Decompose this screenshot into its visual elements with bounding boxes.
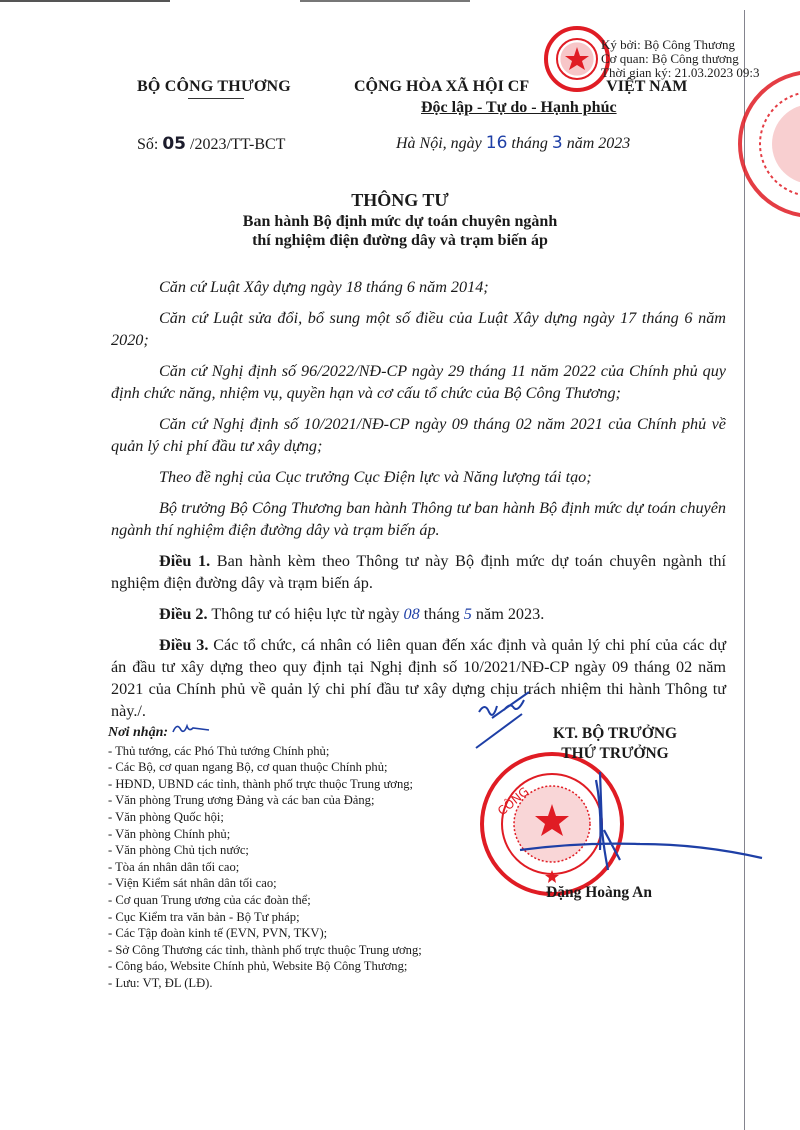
subtitle-line-2: thí nghiệm điện đường dây và trạm biến á… xyxy=(0,231,800,250)
signing-agency: Cơ quan: Bộ Công thương xyxy=(601,52,760,66)
signed-by: Ký bởi: Bộ Công Thương xyxy=(601,38,760,52)
doc-number-handwritten: 05 xyxy=(162,134,186,154)
article-2-text-mid: tháng xyxy=(420,605,464,623)
recipient-item: - Văn phòng Chính phủ; xyxy=(108,826,422,843)
recipients-heading-label: Nơi nhận: xyxy=(108,725,168,740)
recipient-item: - Văn phòng Chủ tịch nước; xyxy=(108,842,422,859)
article-1: Điều 1. Ban hành kèm theo Thông tư này B… xyxy=(111,550,726,594)
recipients-heading: Nơi nhận: xyxy=(108,722,422,742)
issuing-organization: BỘ CÔNG THƯƠNG xyxy=(137,78,291,96)
organization-underline xyxy=(188,98,244,99)
document-body: Căn cứ Luật Xây dựng ngày 18 tháng 6 năm… xyxy=(111,276,726,731)
initials-mark-icon xyxy=(171,722,211,736)
doc-number-prefix: Số: xyxy=(137,136,158,153)
preamble-1: Căn cứ Luật Xây dựng ngày 18 tháng 6 năm… xyxy=(111,276,726,298)
recipient-item: - Cục Kiểm tra văn bản - Bộ Tư pháp; xyxy=(108,909,422,926)
year-label: năm 2023 xyxy=(567,135,631,152)
doc-number-suffix: /2023/TT-BCT xyxy=(190,136,285,153)
effective-month-handwritten: 5 xyxy=(464,605,472,623)
signature-title-line-1: KT. BỘ TRƯỞNG xyxy=(540,724,690,744)
month-handwritten: 3 xyxy=(552,133,563,153)
national-motto: Độc lập - Tự do - Hạnh phúc xyxy=(421,99,617,117)
subtitle-line-1: Ban hành Bộ định mức dự toán chuyên ngàn… xyxy=(0,212,800,231)
article-1-label: Điều 1. xyxy=(159,552,210,570)
signature-title-line-2: THỨ TRƯỞNG xyxy=(540,744,690,764)
month-label: tháng xyxy=(511,135,547,152)
recipient-item: - Các Tập đoàn kinh tế (EVN, PVN, TKV); xyxy=(108,925,422,942)
scan-edge-artifact xyxy=(0,0,170,2)
national-title: CỘNG HÒA XÃ HỘI CF VIỆT NAM xyxy=(354,78,687,96)
handwritten-signature-icon xyxy=(510,770,770,890)
document-number: Số: 05 /2023/TT-BCT xyxy=(137,134,285,154)
recipient-item: - Văn phòng Quốc hội; xyxy=(108,809,422,826)
preamble-2: Căn cứ Luật sửa đổi, bổ sung một số điều… xyxy=(111,307,726,351)
recipient-item: - Sở Công Thương các tỉnh, thành phố trự… xyxy=(108,942,422,959)
document-subtitle: Ban hành Bộ định mức dự toán chuyên ngàn… xyxy=(0,212,800,250)
scan-edge-artifact xyxy=(300,0,470,2)
article-2: Điều 2. Thông tư có hiệu lực từ ngày 08 … xyxy=(111,603,726,625)
article-3-label: Điều 3. xyxy=(159,636,208,654)
signing-time: Thời gian ký: 21.03.2023 09:3 xyxy=(601,66,760,80)
article-3: Điều 3. Các tổ chức, cá nhân có liên qua… xyxy=(111,634,726,722)
effective-day-handwritten: 08 xyxy=(404,605,420,623)
national-title-left: CỘNG HÒA XÃ HỘI CF xyxy=(354,78,529,95)
preamble-3: Căn cứ Nghị định số 96/2022/NĐ-CP ngày 2… xyxy=(111,360,726,404)
national-title-right: VIỆT NAM xyxy=(606,78,687,95)
article-2-label: Điều 2. xyxy=(159,605,208,623)
recipient-item: - Công báo, Website Chính phủ, Website B… xyxy=(108,958,422,975)
signature-title: KT. BỘ TRƯỞNG THỨ TRƯỞNG xyxy=(540,724,690,764)
recipient-item: - Viện Kiểm sát nhân dân tối cao; xyxy=(108,875,422,892)
signer-name: Đặng Hoàng An xyxy=(546,884,652,902)
recipients-list: - Thủ tướng, các Phó Thủ tướng Chính phủ… xyxy=(108,743,422,992)
day-handwritten: 16 xyxy=(486,133,508,153)
document-type-title: THÔNG TƯ xyxy=(0,190,800,211)
preamble-6: Bộ trưởng Bộ Công Thương ban hành Thông … xyxy=(111,497,726,541)
article-2-text-before: Thông tư có hiệu lực từ ngày xyxy=(208,605,404,623)
recipient-item: - Văn phòng Trung ương Đảng và các ban c… xyxy=(108,792,422,809)
place-date-prefix: Hà Nội, ngày xyxy=(396,135,482,152)
recipient-item: - Thủ tướng, các Phó Thủ tướng Chính phủ… xyxy=(108,743,422,760)
preamble-5: Theo đề nghị của Cục trưởng Cục Điện lực… xyxy=(111,466,726,488)
recipient-item: - Lưu: VT, ĐL (LĐ). xyxy=(108,975,422,992)
recipient-item: - Các Bộ, cơ quan ngang Bộ, cơ quan thuộ… xyxy=(108,759,422,776)
place-and-date: Hà Nội, ngày 16 tháng 3 năm 2023 xyxy=(396,133,630,153)
recipients-block: Nơi nhận: - Thủ tướng, các Phó Thủ tướng… xyxy=(108,722,422,992)
recipient-item: - Tòa án nhân dân tối cao; xyxy=(108,859,422,876)
star-emblem-icon xyxy=(548,30,606,88)
recipient-item: - HĐND, UBND các tỉnh, thành phố trực th… xyxy=(108,776,422,793)
article-2-text-after: năm 2023. xyxy=(472,605,544,623)
preamble-4: Căn cứ Nghị định số 10/2021/NĐ-CP ngày 0… xyxy=(111,413,726,457)
recipient-item: - Cơ quan Trung ương của các đoàn thể; xyxy=(108,892,422,909)
digital-signature-info: Ký bởi: Bộ Công Thương Cơ quan: Bộ Công … xyxy=(601,38,760,80)
